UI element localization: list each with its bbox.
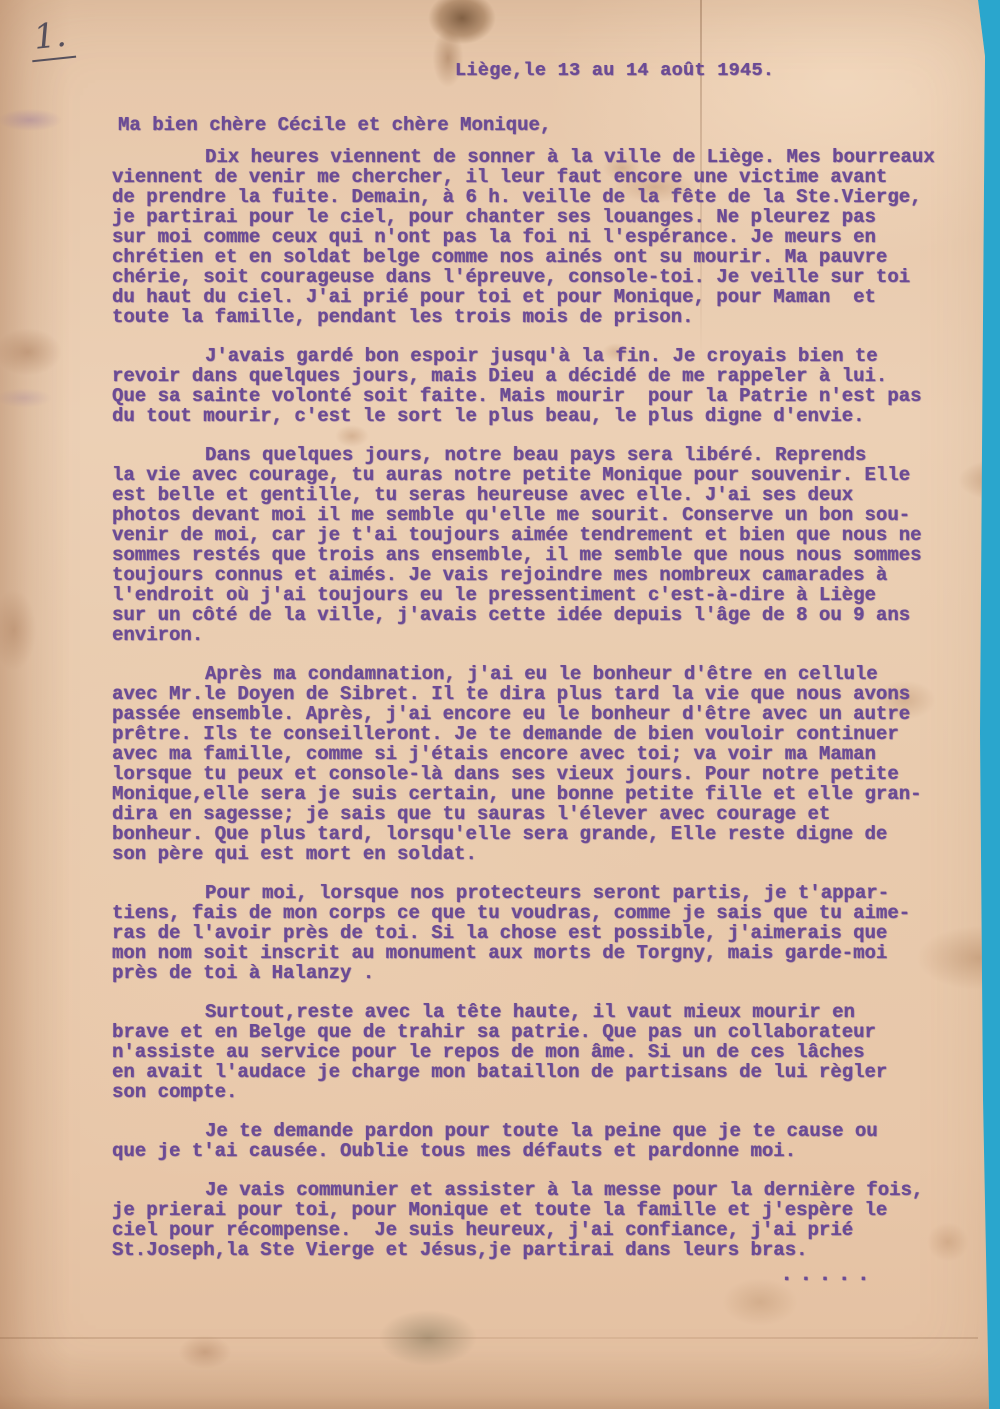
letter-line: la vie avec courage, tu auras notre peti… xyxy=(112,465,972,485)
letter-line: chrétien et en soldat belge comme nos ai… xyxy=(112,247,972,267)
letter-line: prêtre. Ils te conseilleront. Je te dema… xyxy=(112,724,972,744)
closing-dots: ..... xyxy=(780,1262,876,1287)
letter-line: Surtout,reste avec la tête haute, il vau… xyxy=(112,1002,972,1022)
letter-line: je prierai pour toi, pour Monique et tou… xyxy=(112,1200,972,1220)
letter-line: Monique,elle sera je suis certain, une b… xyxy=(112,784,972,804)
letter-line: près de toi à Halanzy . xyxy=(112,963,972,983)
letter-line: toute la famille, pendant les trois mois… xyxy=(112,307,972,327)
letter-line: Après ma condamnation, j'ai eu le bonheu… xyxy=(112,664,972,684)
letter-line: n'assiste au service pour le repos de mo… xyxy=(112,1042,972,1062)
letter-line: son compte. xyxy=(112,1082,972,1102)
letter-line: ras de l'avoir près de toi. Si la chose … xyxy=(112,923,972,943)
letter-line: environ. xyxy=(112,625,972,645)
letter-line: ciel pour récompense. Je suis heureux, j… xyxy=(112,1220,972,1240)
letter-line: que je t'ai causée. Oublie tous mes défa… xyxy=(112,1141,972,1161)
letter-line: viennent de venir me chercher, il leur f… xyxy=(112,167,972,187)
letter-line: Dans quelques jours, notre beau pays ser… xyxy=(112,445,972,465)
letter-line: bonheur. Que plus tard, lorsqu'elle sera… xyxy=(112,824,972,844)
letter-line: en avait l'audace je charge mon bataillo… xyxy=(112,1062,972,1082)
letter-line: Dix heures viennent de sonner à la ville… xyxy=(112,147,972,167)
scanned-letter-screenshot: { "document": { "page_number": "1.", "da… xyxy=(0,0,1000,1409)
letter-line: du tout mourir, c'est le sort le plus be… xyxy=(112,406,972,426)
handwritten-page-number: 1. xyxy=(28,14,77,62)
letter-line: sommes restés que trois ans ensemble, il… xyxy=(112,545,972,565)
letter-line: passée ensemble. Après, j'ai encore eu l… xyxy=(112,704,972,724)
letter-paragraph: Je te demande pardon pour toute la peine… xyxy=(112,1121,972,1161)
letter-line: toujours connus et aimés. Je vais rejoin… xyxy=(112,565,972,585)
letter-line: Pour moi, lorsque nos protecteurs seront… xyxy=(112,883,972,903)
letter-line: tiens, fais de mon corps ce que tu voudr… xyxy=(112,903,972,923)
letter-paragraph: Surtout,reste avec la tête haute, il vau… xyxy=(112,1002,972,1102)
letter-paragraph: Dans quelques jours, notre beau pays ser… xyxy=(112,445,972,645)
letter-line: Que sa sainte volonté soit faite. Mais m… xyxy=(112,386,972,406)
letter-line: brave et en Belge que de trahir sa patri… xyxy=(112,1022,972,1042)
letter-line: de prendre la fuite. Demain, à 6 h. veil… xyxy=(112,187,972,207)
letter-line: venir de moi, car je t'ai toujours aimée… xyxy=(112,525,972,545)
salutation: Ma bien chère Cécile et chère Monique, xyxy=(118,114,551,136)
letter-body: Dix heures viennent de sonner à la ville… xyxy=(112,147,972,1279)
letter-line: avec ma famille, comme si j'étais encore… xyxy=(112,744,972,764)
letter-paragraph: Après ma condamnation, j'ai eu le bonheu… xyxy=(112,664,972,864)
letter-line: dira en sagesse; je sais que tu sauras l… xyxy=(112,804,972,824)
letter-line: chérie, soit courageuse dans l'épreuve, … xyxy=(112,267,972,287)
letter-line: photos devant moi il me semble qu'elle m… xyxy=(112,505,972,525)
letter-page: 1. Liège,le 13 au 14 août 1945. Ma bien … xyxy=(0,0,1000,1409)
letter-line: St.Joseph,la Ste Vierge et Jésus,je part… xyxy=(112,1240,972,1260)
letter-line: son père qui est mort en soldat. xyxy=(112,844,972,864)
letter-line: sur un côté de la ville, j'avais cette i… xyxy=(112,605,972,625)
letter-line: avec Mr.le Doyen de Sibret. Il te dira p… xyxy=(112,684,972,704)
letter-line: du haut du ciel. J'ai prié pour toi et p… xyxy=(112,287,972,307)
dateline: Liège,le 13 au 14 août 1945. xyxy=(455,60,774,81)
letter-line: J'avais gardé bon espoir jusqu'à la fin.… xyxy=(112,346,972,366)
letter-line: lorsque tu peux et console-là dans ses v… xyxy=(112,764,972,784)
letter-line: sur moi comme ceux qui n'ont pas la foi … xyxy=(112,227,972,247)
letter-paragraph: J'avais gardé bon espoir jusqu'à la fin.… xyxy=(112,346,972,426)
letter-line: mon nom soit inscrit au monument aux mor… xyxy=(112,943,972,963)
letter-line: Je vais communier et assister à la messe… xyxy=(112,1180,972,1200)
letter-paragraph: Dix heures viennent de sonner à la ville… xyxy=(112,147,972,327)
letter-line: est belle et gentille, tu seras heureuse… xyxy=(112,485,972,505)
letter-line: l'endroit où j'ai toujours eu le pressen… xyxy=(112,585,972,605)
letter-paragraph: Je vais communier et assister à la messe… xyxy=(112,1180,972,1260)
letter-paragraph: Pour moi, lorsque nos protecteurs seront… xyxy=(112,883,972,983)
letter-line: je partirai pour le ciel, pour chanter s… xyxy=(112,207,972,227)
letter-line: Je te demande pardon pour toute la peine… xyxy=(112,1121,972,1141)
letter-line: revoir dans quelques jours, mais Dieu a … xyxy=(112,366,972,386)
horizontal-fold-crease xyxy=(0,1337,978,1339)
